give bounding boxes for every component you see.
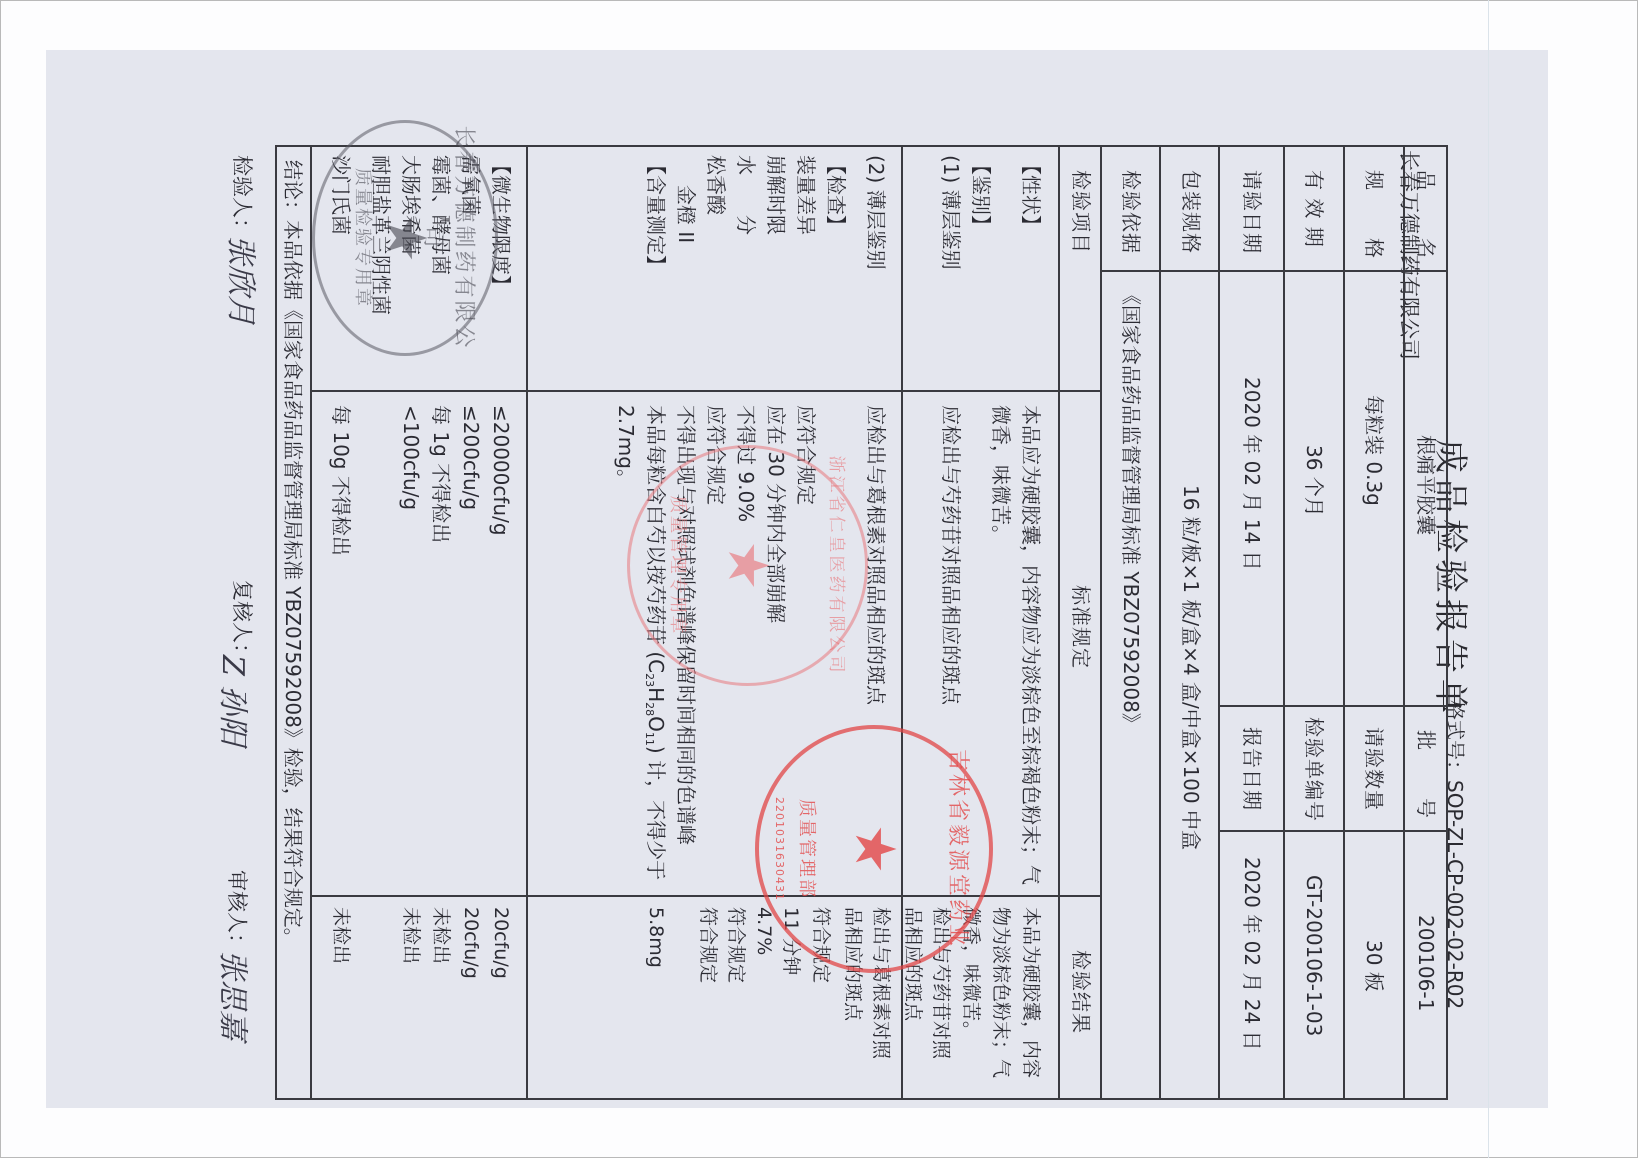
value-package: 16 粒/板×1 板/盒×4 盒/中盒×100 中盒 <box>1179 485 1203 850</box>
col-header-result: 检验结果 <box>1069 950 1093 1034</box>
conclusion-text: 结论：本品依据《国家食品药品监督管理局标准 YBZ07592008》检验，结果符… <box>281 160 305 948</box>
value-batch: 200106-1 <box>1414 915 1438 1011</box>
label-report-date: 报告日期 <box>1240 727 1264 811</box>
formula-h: H <box>644 687 668 702</box>
inspection-2-standard: 应在 30 分钟内全部崩解 <box>764 405 788 623</box>
label-package: 包装规格 <box>1179 170 1203 254</box>
inspection-4-name: 松香酸 <box>704 155 728 215</box>
identification-2-standard: 应检出与葛根素对照品相应的斑点 <box>864 405 888 705</box>
row-line <box>526 145 528 1100</box>
label-request-date: 请验日期 <box>1240 170 1264 254</box>
row-line <box>1218 145 1220 1100</box>
table-border-top <box>1446 145 1448 1100</box>
inspection-2-result: 11 分钟 <box>779 907 803 975</box>
section-microbial: 【微生物限度】 <box>489 155 513 295</box>
microbial-3-result: 未检出 <box>429 907 453 964</box>
inspector-label: 检验人： <box>228 155 258 239</box>
label-validity: 有 效 期 <box>1302 170 1326 248</box>
label-sheet-no: 检验单编号 <box>1302 717 1326 822</box>
row-line <box>1283 145 1285 1100</box>
microbial-5-result: 未检出 <box>329 907 353 964</box>
value-basis: 《国家食品药品监督管理局标准 YBZ07592008》 <box>1119 285 1143 733</box>
inspection-1-result: 符合规定 <box>809 907 833 983</box>
row-line <box>1159 145 1161 1100</box>
inspection-4-standard: 应符合规定 <box>704 405 728 505</box>
section-identification: 【鉴别】 <box>969 155 993 235</box>
identification-1-name: (1) 薄层鉴别 <box>939 155 963 270</box>
col-line <box>312 390 1102 392</box>
appearance-standard-2: 微香，味微苦。 <box>989 405 1013 545</box>
inspection-3-standard: 不得过 9.0% <box>734 405 758 522</box>
value-request-date: 2020 年 02 月 14 日 <box>1240 377 1264 571</box>
label-product-name: 品 名 <box>1414 170 1438 272</box>
inspection-1-standard: 应符合规定 <box>794 405 818 505</box>
formula-c-subscript: 23 <box>643 673 656 687</box>
identification-1-result-1: 检出与芍药苷对照 <box>929 907 953 1059</box>
value-spec: 每粒装 0.3g <box>1362 395 1386 506</box>
inspection-5-result: 符合规定 <box>696 907 720 983</box>
microbial-5-name: 沙门氏菌 <box>329 155 353 235</box>
section-inspection: 【检查】 <box>824 155 848 235</box>
reviewer-signature: Z 孙阳 <box>214 655 258 745</box>
reviewer-label: 复核人： <box>228 580 258 664</box>
microbial-2-result: 20cfu/g <box>459 907 483 979</box>
row-line <box>1100 145 1102 1100</box>
appearance-result-3: 微香，味微苦。 <box>959 907 983 1040</box>
inspection-2-name: 崩解时限 <box>764 155 788 235</box>
microbial-3-standard: 每 1g 不得检出 <box>429 405 453 543</box>
microbial-2-standard: ≤200cfu/g <box>459 405 483 510</box>
approver-label: 审核人： <box>223 870 253 954</box>
section-assay: 【含量测定】 <box>644 155 668 275</box>
label-batch: 批 号 <box>1414 730 1438 832</box>
assay-standard-1: 本品每粒含白芍以按芍药苷 (C23H28O11) 计，不得少于 <box>637 405 668 880</box>
table-border-bottom <box>275 145 277 1100</box>
row-line <box>1403 145 1405 1100</box>
approver-signature: 张思嘉 <box>214 950 258 1040</box>
identification-1-standard: 应检出与芍药苷对照品相应的斑点 <box>939 405 963 705</box>
appearance-result-2: 物为淡棕色粉末；气 <box>989 907 1013 1078</box>
value-quantity: 30 板 <box>1362 940 1386 992</box>
col-line <box>312 895 1102 897</box>
inspection-3-result: 4.7% <box>752 907 776 955</box>
inspection-report-page: 成品检验报告单 格式号：SOP-ZL-CP-002-02-R02 长春万德制药有… <box>46 50 1548 1108</box>
microbial-4-standard: <100cfu/g <box>399 405 423 510</box>
microbial-1-result: 20cfu/g <box>489 907 513 979</box>
report-table: 品 名 根痛平胶囊 批 号 200106-1 规 格 每粒装 0.3g 请验数量… <box>275 145 1448 1100</box>
microbial-2-name: 霉菌、酵母菌 <box>429 155 453 275</box>
label-basis: 检验依据 <box>1119 170 1143 254</box>
identification-1-result-2: 品相应的斑点 <box>901 907 925 1021</box>
microbial-4-name: 耐胆盐革兰阴性菌 <box>369 155 393 315</box>
row-line <box>310 145 312 1100</box>
col-header-item: 检验项目 <box>1069 170 1093 254</box>
row-line <box>1058 145 1060 1100</box>
value-product-name: 根痛平胶囊 <box>1414 435 1438 535</box>
formula-o-subscript: 11 <box>643 732 656 746</box>
assay-standard-prefix: 本品每粒含白芍以按芍药苷 (C <box>644 405 668 673</box>
formula-o: O <box>644 716 668 732</box>
table-border-left <box>275 145 1448 147</box>
inspection-3-name: 水 分 <box>734 155 758 235</box>
label-spec: 规 格 <box>1362 170 1386 272</box>
inspection-1-name: 装量差异 <box>794 155 818 235</box>
table-border-right <box>275 1098 1448 1100</box>
row-line <box>1343 145 1345 1100</box>
appearance-standard-1: 本品应为硬胶囊，内容物应为淡棕色至棕褐色粉末；气 <box>1019 405 1043 885</box>
identification-2-name: (2) 薄层鉴别 <box>864 155 888 270</box>
microbial-3-name: 大肠埃希菌 <box>399 155 423 255</box>
assay-standard-suffix: ) 计，不得少于 <box>644 746 668 880</box>
value-report-date: 2020 年 02 月 24 日 <box>1240 857 1264 1051</box>
col-line <box>1220 705 1448 707</box>
formula-h-subscript: 28 <box>643 702 656 716</box>
assay-result: 5.8mg <box>644 907 668 968</box>
col-line <box>1102 270 1448 272</box>
value-sheet-no: GT-200106-1-03 <box>1302 875 1326 1036</box>
microbial-1-name: 需氧菌 <box>459 155 483 215</box>
identification-2-result-2: 品相应的斑点 <box>841 907 865 1021</box>
col-header-standard: 标准规定 <box>1069 585 1093 669</box>
label-quantity: 请验数量 <box>1362 727 1386 811</box>
appearance-result-1: 本品为硬胶囊，内容 <box>1019 907 1043 1078</box>
microbial-4-result: 未检出 <box>399 907 423 964</box>
identification-2-result-1: 检出与葛根素对照 <box>869 907 893 1059</box>
section-appearance: 【性状】 <box>1019 155 1043 235</box>
microbial-5-standard: 每 10g 不得检出 <box>329 405 353 556</box>
inspection-4-result: 符合规定 <box>724 907 748 983</box>
inspection-5-standard: 不得出现与对照试剂色谱峰保留时间相同的色谱峰 <box>674 405 698 845</box>
assay-standard-2: 2.7mg。 <box>614 405 638 489</box>
inspector-signature: 张欣月 <box>222 235 266 325</box>
inspection-5-name: 金橙 II <box>674 185 698 243</box>
microbial-1-standard: ≤20000cfu/g <box>489 405 513 536</box>
value-validity: 36 个月 <box>1302 445 1326 517</box>
